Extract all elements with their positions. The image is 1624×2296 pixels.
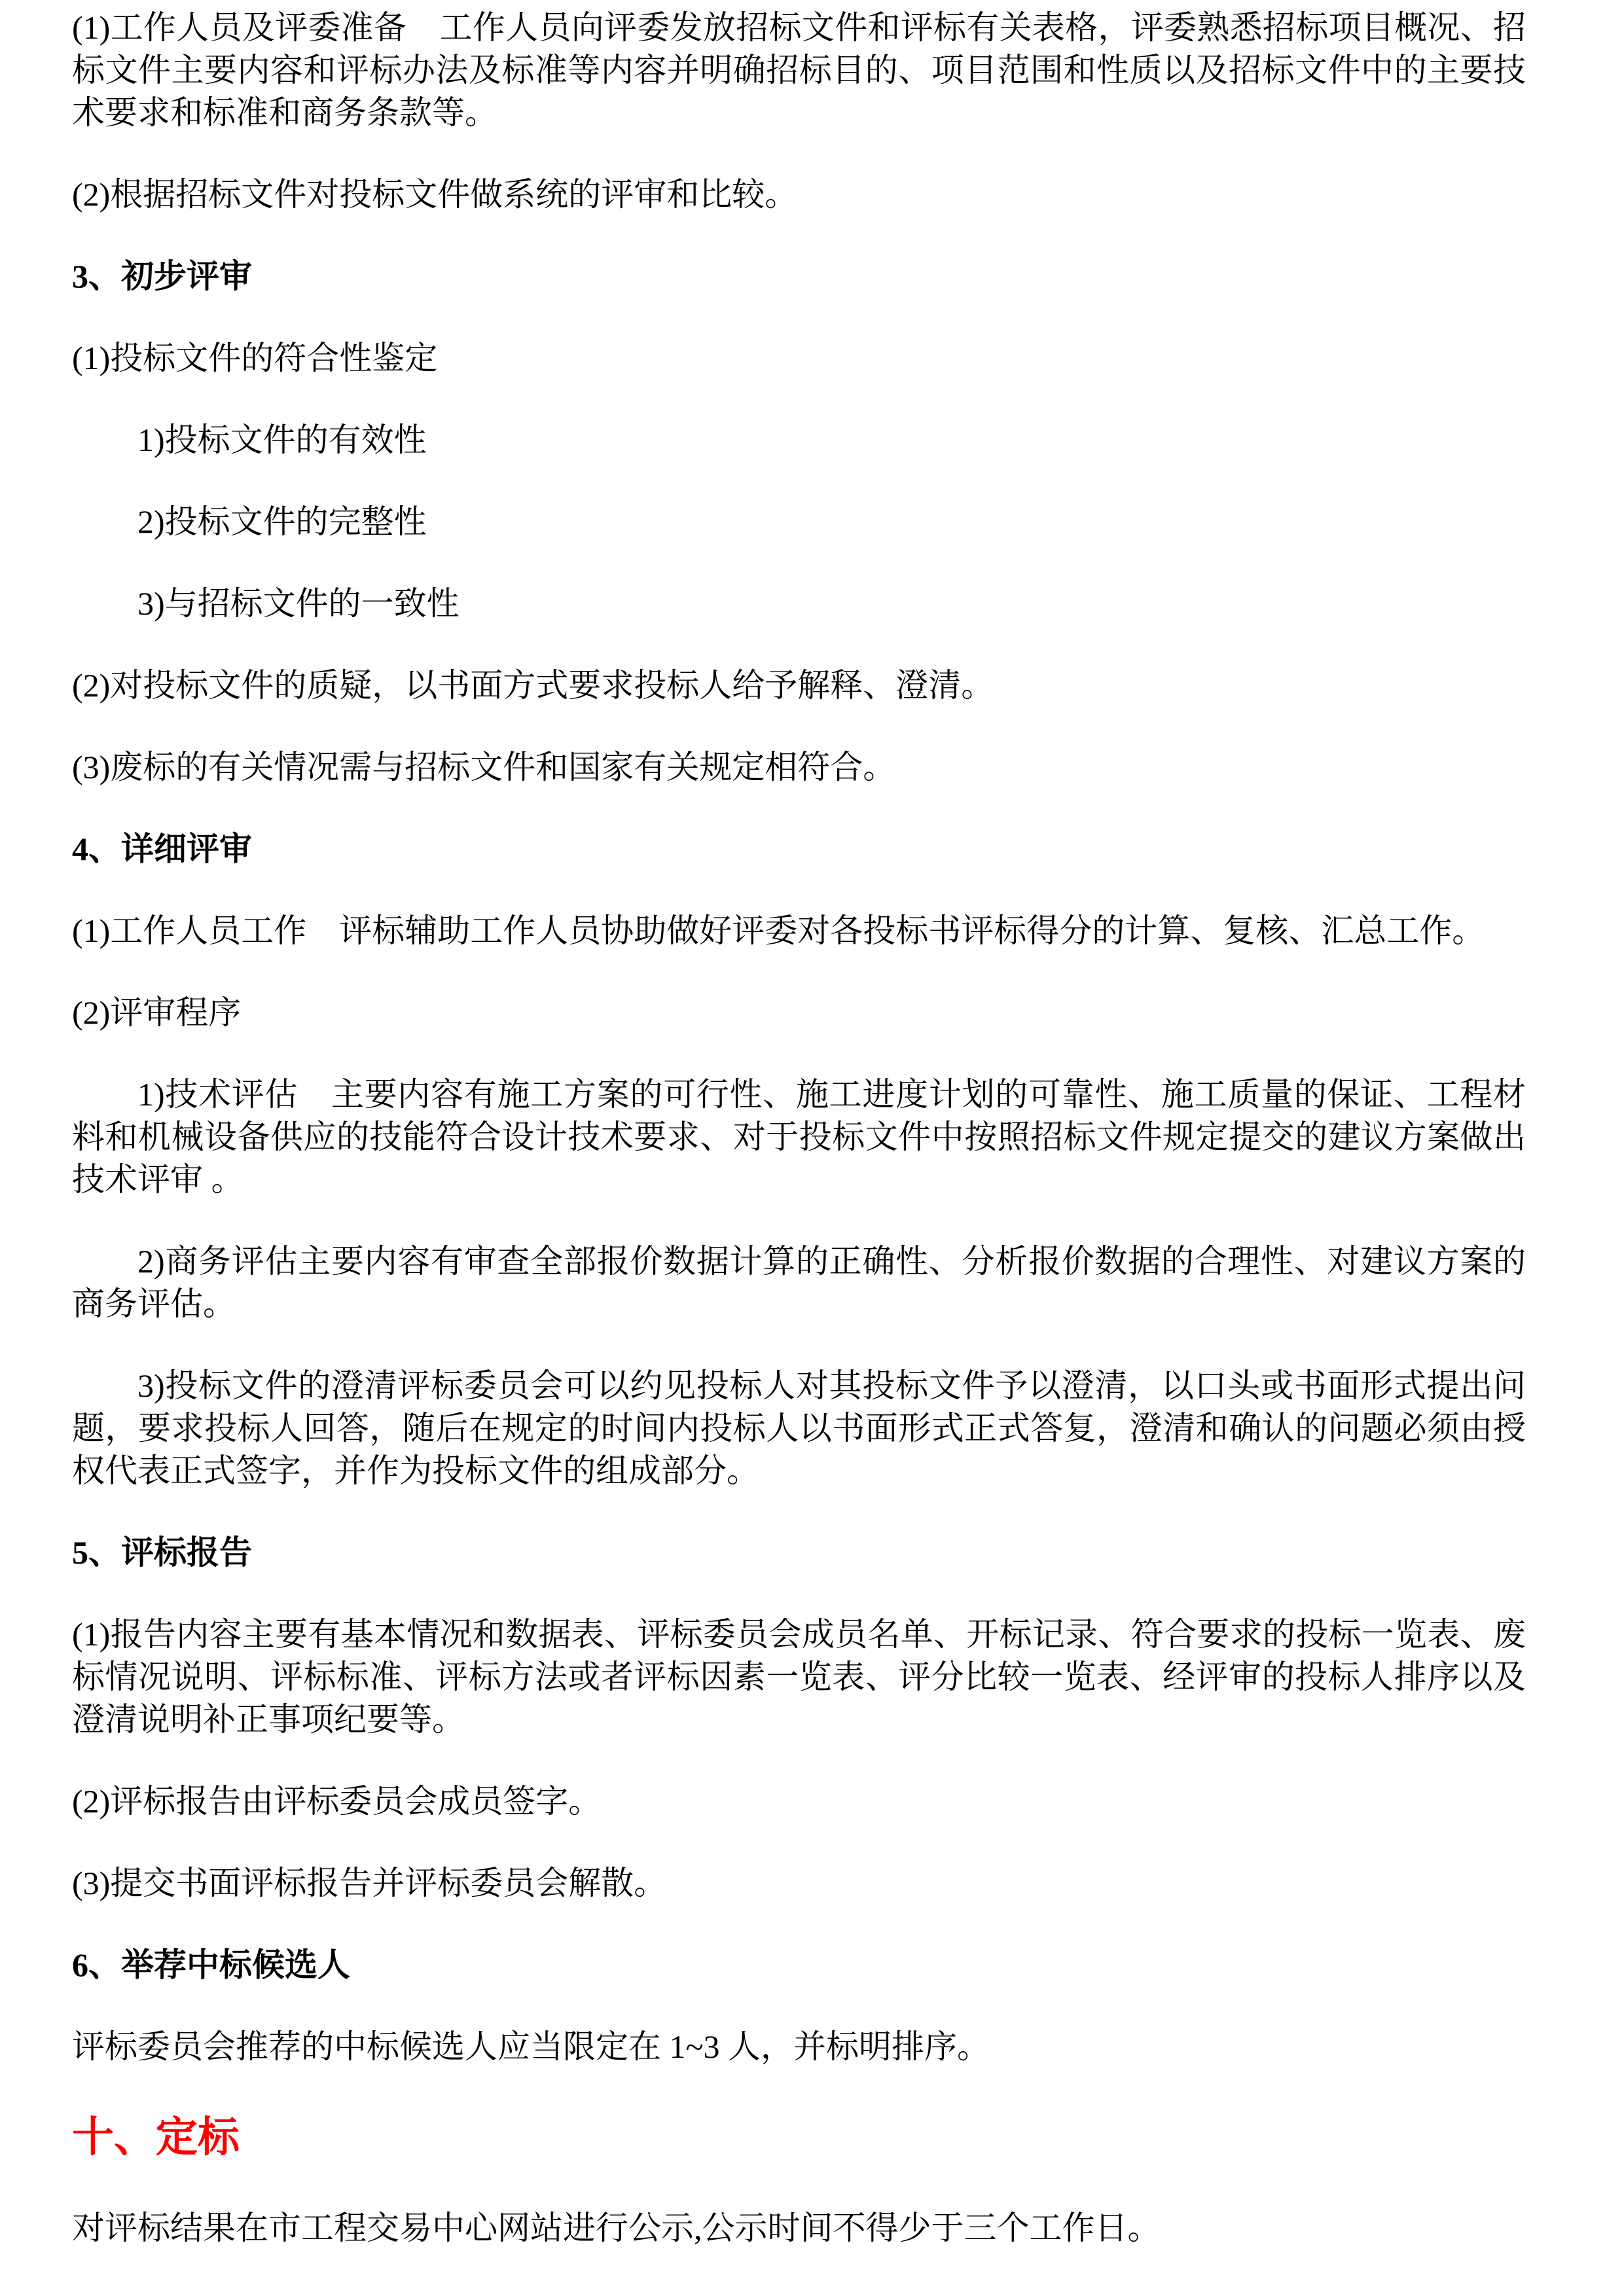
- indented-list-item: 3)投标文件的澄清评标委员会可以约见投标人对其投标文件予以澄清，以口头或书面形式…: [72, 1365, 1526, 1492]
- section-heading: 3、初步评审: [72, 255, 1526, 298]
- document-content: (1)工作人员及评委准备 工作人员向评委发放招标文件和评标有关表格，评委熟悉招标…: [0, 0, 1624, 2250]
- indented-list-item: 2)投标文件的完整性: [72, 501, 1526, 543]
- indented-list-item: 1)投标文件的有效性: [72, 419, 1526, 461]
- body-paragraph: (2)评审程序: [72, 992, 1526, 1034]
- body-paragraph: (1)投标文件的符合性鉴定: [72, 337, 1526, 380]
- body-paragraph: (1)工作人员工作 评标辅助工作人员协助做好评委对各投标书评标得分的计算、复核、…: [72, 910, 1526, 952]
- body-paragraph: (3)提交书面评标报告并评标委员会解散。: [72, 1862, 1526, 1905]
- chapter-heading: 十、定标: [72, 2108, 1526, 2168]
- indented-list-item: 3)与招标文件的一致性: [72, 583, 1526, 625]
- document-page: (1)工作人员及评委准备 工作人员向评委发放招标文件和评标有关表格，评委熟悉招标…: [0, 0, 1624, 2296]
- section-heading: 5、评标报告: [72, 1532, 1526, 1574]
- section-heading: 6、举荐中标候选人: [72, 1944, 1526, 1986]
- body-paragraph: (1)报告内容主要有基本情况和数据表、评标委员会成员名单、开标记录、符合要求的投…: [72, 1613, 1526, 1741]
- body-paragraph: 对评标结果在市工程交易中心网站进行公示,公示时间不得少于三个工作日。: [72, 2207, 1526, 2250]
- body-paragraph: (3)废标的有关情况需与招标文件和国家有关规定相符合。: [72, 746, 1526, 789]
- indented-list-item: 2)商务评估主要内容有审查全部报价数据计算的正确性、分析报价数据的合理性、对建议…: [72, 1240, 1526, 1325]
- body-paragraph: (2)对投标文件的质疑，以书面方式要求投标人给予解释、澄清。: [72, 664, 1526, 707]
- body-paragraph: (1)工作人员及评委准备 工作人员向评委发放招标文件和评标有关表格，评委熟悉招标…: [72, 7, 1526, 134]
- section-heading: 4、详细评审: [72, 828, 1526, 870]
- body-paragraph: (2)评标报告由评标委员会成员签字。: [72, 1780, 1526, 1823]
- body-paragraph: (2)根据招标文件对投标文件做系统的评审和比较。: [72, 173, 1526, 216]
- body-paragraph: 评标委员会推荐的中标候选人应当限定在 1~3 人，并标明排序。: [72, 2026, 1526, 2068]
- indented-list-item: 1)技术评估 主要内容有施工方案的可行性、施工进度计划的可靠性、施工质量的保证、…: [72, 1073, 1526, 1201]
